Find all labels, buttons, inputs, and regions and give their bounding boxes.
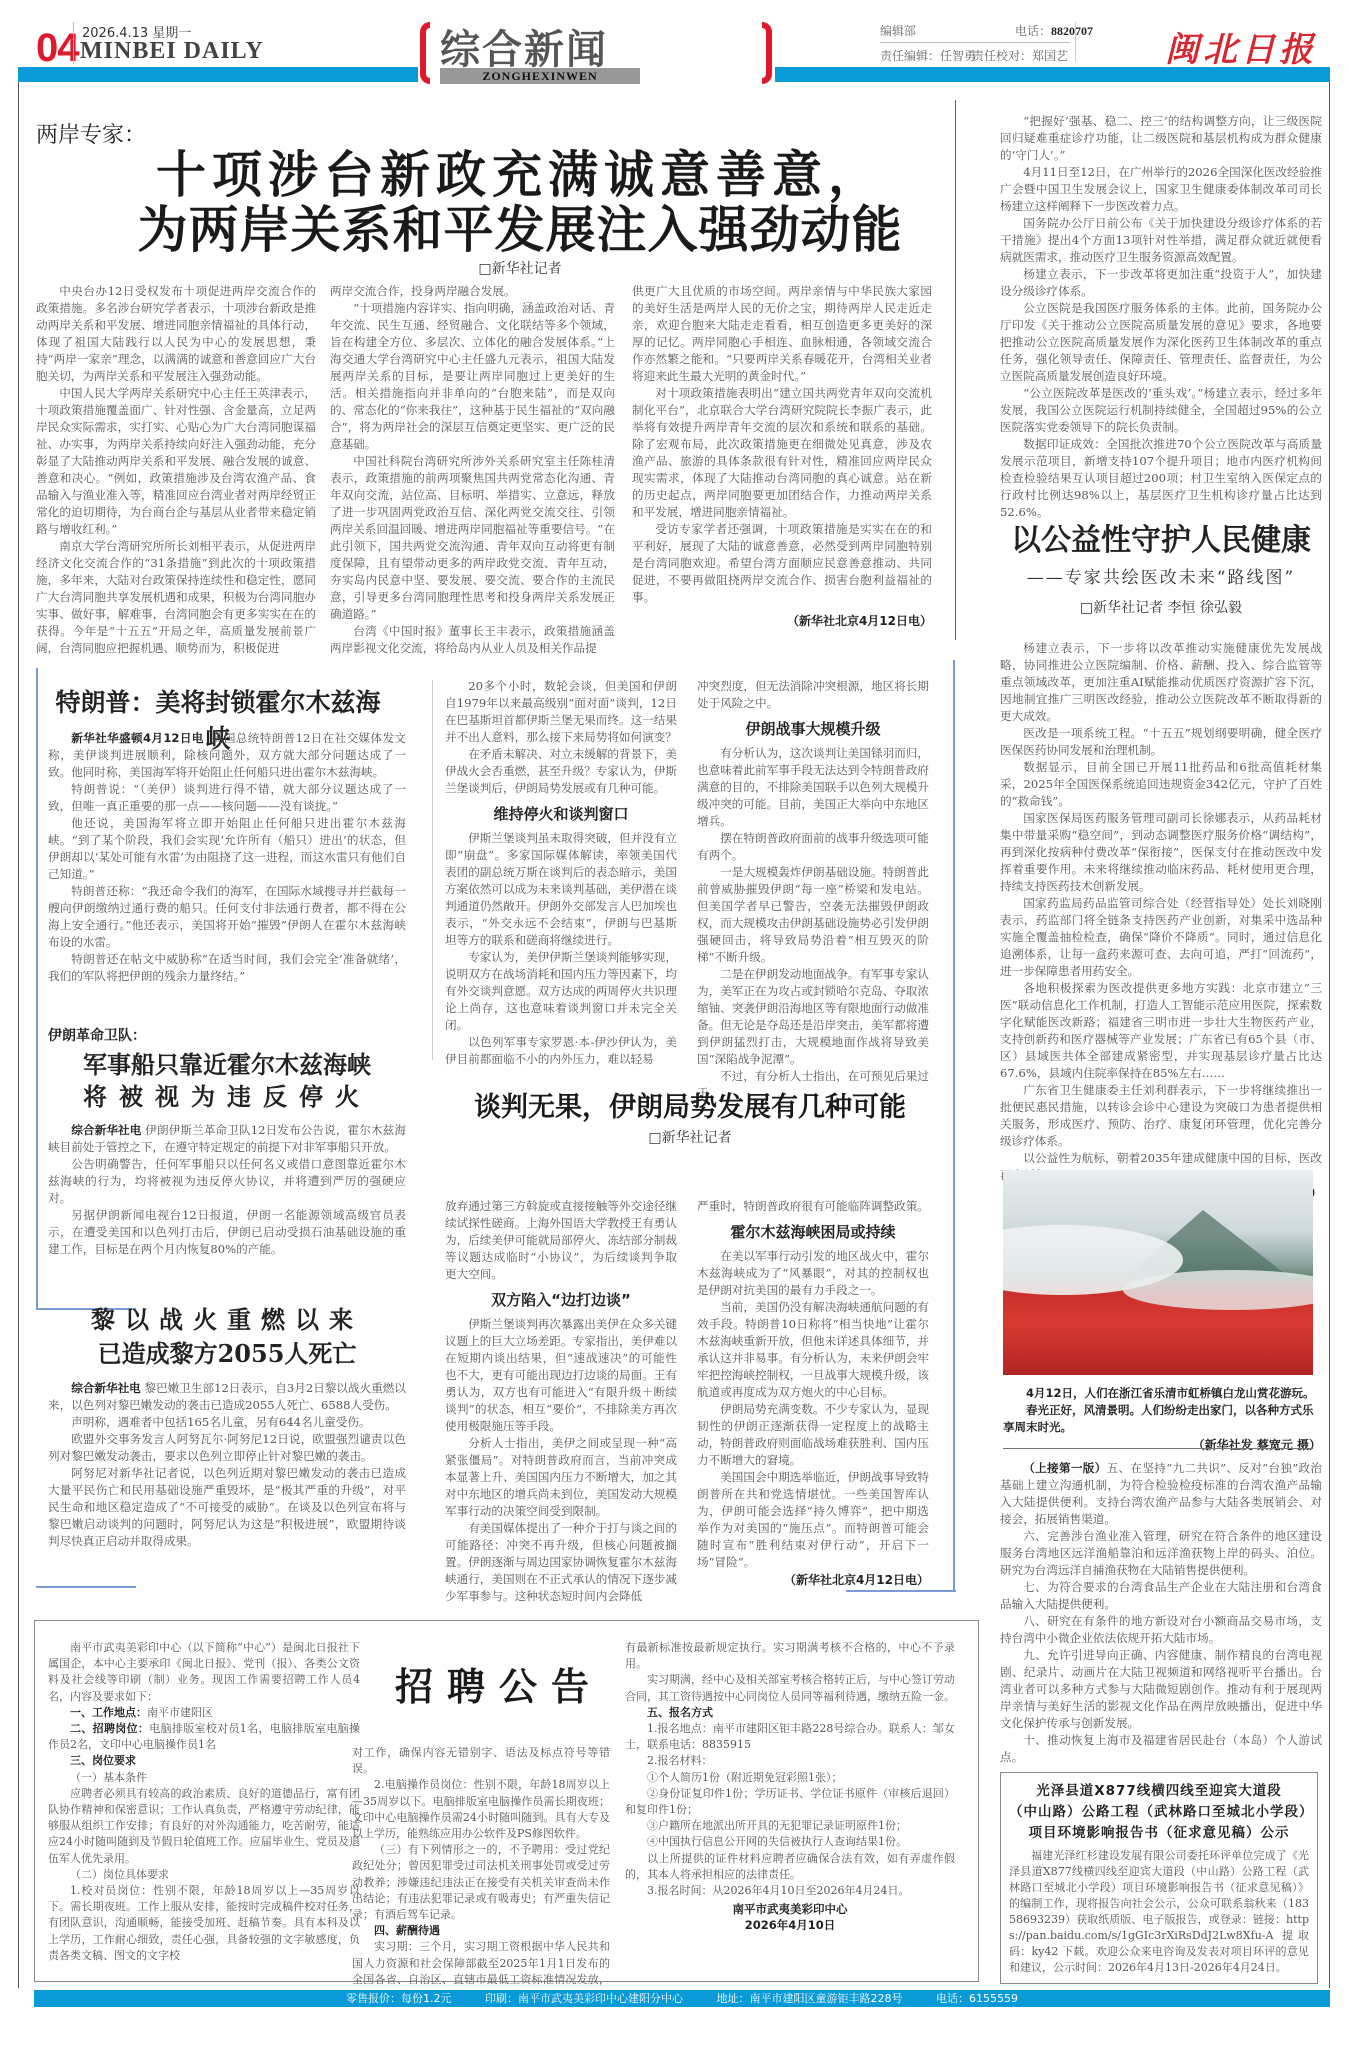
paragraph: 十、推动恢复上海市及福建省居民赴台（本岛）个人游试点。	[1000, 1732, 1322, 1766]
paragraph: 1.校对员岗位：性别不限，年龄18周岁以上—35周岁以下。需长期夜班。工作上服从…	[48, 1883, 360, 1964]
recruit-column-1: 南平市武夷美彩印中心（以下简称“中心”）是闽北日报社下属国企，本中心主要承印《闽…	[48, 1640, 360, 1964]
paragraph: 2.电脑操作员岗位：性别不限，年龄18周岁以上—35周岁以下。电脑排版室电脑操作…	[352, 1777, 610, 1842]
paragraph: 五、报名方式	[625, 1705, 955, 1721]
section-label: 二、招聘岗位：	[70, 1722, 149, 1735]
paragraph: 他还说，美国海军将立即开始阻止任何船只进出霍尔木兹海峡。“到了某个阶段，我们会实…	[48, 815, 406, 883]
paragraph: 欧盟外交事务发言人阿努瓦尔·阿努尼12日说，欧盟强烈谴责以色列对黎巴嫩发动袭击，…	[48, 1431, 406, 1465]
paragraph: 一、工作地点：南平市建阳区	[48, 1705, 360, 1721]
paragraph: 中国人民大学两岸关系研究中心主任王英津表示，十项政策措施覆盖面广、针对性强、含金…	[36, 385, 316, 538]
caption-line: 4月12日，人们在浙江省乐清市虹桥镇白龙山赏花游玩。	[1003, 1385, 1321, 1402]
paragraph: 二、招聘岗位：电脑排版室校对员1名，电脑排版室电脑操作员2名，文印中心电脑操作员…	[48, 1721, 360, 1753]
talks-upper-column-1: 20多个小时，数轮会谈，但美国和伊朗自1979年以来最高级别“面对面”谈判，12…	[445, 678, 677, 1068]
flower-photo	[1003, 1170, 1313, 1375]
health-title: 以公益性守护人民健康	[1000, 515, 1322, 559]
lebanon-article: 综合新华社电 黎巴嫩卫生部12日表示，自3月2日黎以战火重燃以来，以色列对黎巴嫩…	[48, 1380, 406, 1550]
paragraph: ②身份证复印件1份；学历证书、学位证书原件（审核后退回）和复印件1份；	[625, 1786, 955, 1818]
header-bar-left	[18, 67, 418, 82]
lead-title-line2: 为两岸关系和平发展注入强劲动能	[90, 190, 950, 262]
paragraph: 对十项政策措施表明出“建立国共两党青年双向交流机制化平台”，北京联合大学台湾研究…	[632, 385, 932, 521]
paragraph: 受访专家学者还强调，十项政策措施是实实在在的和平利好，展现了大陆的诚意善意，必然…	[632, 521, 932, 606]
box-border-bottom-right	[846, 1590, 956, 1592]
paragraph: 以上所提供的证件材料应聘者应确保合法有效，如有弄虚作假的，其本人将承担相应的法律…	[625, 1851, 955, 1883]
lead-column-3: 供更广大且优质的市场空间。两岸亲情与中华民族大家园的美好生活是两岸人民的无价之宝…	[632, 283, 932, 629]
proofreader: 责任校对：郑国艺	[972, 47, 1068, 64]
paragraph: 阿努尼对新华社记者说，以色列近期对黎巴嫩发动的袭击已造成大量平民伤亡和民用基础设…	[48, 1465, 406, 1550]
dateline: 综合新华社电	[71, 1123, 141, 1137]
subheading: 维持停火和谈判窗口	[445, 803, 677, 824]
lead-credit: （新华社北京4月12日电）	[632, 612, 932, 629]
lebanon-title-line2: 已造成黎方2055人死亡	[48, 1334, 406, 1369]
paragraph: 对工作，确保内容无错别字、语法及标点符号等错误。	[352, 1745, 610, 1777]
section-label: 五、报名方式	[647, 1706, 713, 1719]
paragraph: 1.报名地点：南平市建阳区钜丰路228号综合办。联系人：邹女士，联系电话：883…	[625, 1721, 955, 1753]
divider	[1003, 1448, 1313, 1449]
paragraph: ③户籍所在地派出所开具的无犯罪记录证明原件1份；	[625, 1818, 955, 1834]
paragraph: 台湾《中国时报》董事长王丰表示，政策措施涵盖两岸影视文化交流，将给岛内从业人员及…	[330, 623, 615, 657]
phone-label-text: 电话：	[1015, 24, 1051, 38]
recruit-date: 2026年4月10日	[625, 1917, 955, 1933]
para-text: 南平市建阳区	[147, 1706, 213, 1719]
paragraph: 各地积极探索为医改提供更多地方实践：北京市建立“三医”联动信息化工作机制，打造人…	[1000, 980, 1322, 1082]
paragraph: ①个人简历1份（附近期免冠彩照1张）；	[625, 1770, 955, 1786]
irgc-title-line1: 军事船只靠近霍尔木兹海峡	[48, 1045, 406, 1080]
section-label: 三、岗位要求	[70, 1754, 136, 1767]
talks-title: 谈判无果，伊朗局势发展有几种可能	[440, 1085, 940, 1124]
paragraph: 国家药监局药品监管司综合处（经营指导处）处长刘晓刚表示，药监部门将全链条支持医药…	[1000, 895, 1322, 980]
box-border-left	[36, 668, 38, 1308]
talks-byline: □新华社记者	[440, 1127, 940, 1147]
paragraph: 国务院办公厅日前公布《关于加快建设分级诊疗体系的若干措施》提出4个方面13项针对…	[1000, 215, 1322, 266]
paragraph: 综合新华社电 黎巴嫩卫生部12日表示，自3月2日黎以战火重燃以来，以色列对黎巴嫩…	[48, 1380, 406, 1414]
health-column-top: “把握好‘强基、稳二、控三’的结构调整方向，让三级医院回归疑难重症诊疗功能，让二…	[1000, 113, 1322, 521]
paragraph: 摆在特朗普政府面前的战事升级选项可能有两个。	[697, 830, 929, 864]
subheading: 伊朗战事大规模升级	[697, 718, 929, 739]
paragraph: 有最新标准按最新规定执行。实习期满考核不合格的，中心不予录用。	[625, 1640, 955, 1672]
paragraph: 特朗普说：“（美伊）谈判进行得不错，就大部分议题达成了一致，但唯一真正重要的那一…	[48, 781, 406, 815]
phone-number: 8820707	[1051, 24, 1093, 38]
paragraph: 伊斯兰堡谈判再次暴露出美伊在众多关键议题上的巨大立场差距。专家指出，美伊难以在短…	[445, 1316, 677, 1435]
paragraph: 专家认为，美伊伊斯兰堡谈判能够实现，说明双方在战场消耗和国内压力等因素下，均有外…	[445, 949, 677, 1034]
paragraph: 新华社华盛顿4月12日电 美国总统特朗普12日在社交媒体发文称，美伊谈判进展顺利…	[48, 730, 406, 781]
trump-article: 新华社华盛顿4月12日电 美国总统特朗普12日在社交媒体发文称，美伊谈判进展顺利…	[48, 730, 406, 985]
dateline: 综合新华社电	[71, 1381, 141, 1395]
box-border-right	[953, 1038, 955, 1592]
irgc-article: 综合新华社电 伊朗伊斯兰革命卫队12日发布公告说，霍尔木兹海峡目前处于管控之下，…	[48, 1122, 406, 1258]
paragraph: 二是在伊朗发动地面战争。有军事专家认为，美军正在为攻占或封锁哈尔克岛、夺取浓缩铀…	[697, 966, 929, 1068]
section-label: 四、薪酬待遇	[374, 1924, 440, 1937]
recruitment-title: 招聘公告	[395, 1656, 603, 1711]
notice-title-line: （中山路）公路工程（武林路口至城北小学段）	[1009, 1802, 1309, 1823]
divider	[73, 22, 74, 64]
recruit-column-3: 有最新标准按最新规定执行。实习期满考核不合格的，中心不予录用。 实习期满，经中心…	[625, 1640, 955, 1933]
paragraph: （上接第一版）五、在坚持“九二共识”、反对“台独”政治基础上建立沟通机制，为符合…	[1000, 1460, 1322, 1528]
notice-title-line: 光泽县道X877线横四线至迎宾大道段	[1009, 1781, 1309, 1802]
paragraph: 分析人士指出，美伊之间或呈现一种“高紧张僵局”。对特朗普政府而言，当前冲突成本显…	[445, 1435, 677, 1520]
column-divider	[955, 100, 956, 640]
recruit-signature: 南平市武夷美彩印中心	[625, 1901, 955, 1917]
paragraph: 三、岗位要求	[48, 1753, 360, 1769]
paragraph: 4月11日至12日，在广州举行的2026全国深化医改经验推广会暨中国卫生发展会议…	[1000, 164, 1322, 215]
paragraph: 有分析认为，这次谈判让美国铩羽而归，也意味着此前军事手段无法达到令特朗普政府满意…	[697, 745, 929, 830]
paragraph: 南京大学台湾研究所所长刘相平表示，从促进两岸经济文化交流合作的“31条措施”到此…	[36, 538, 316, 657]
box-border-bottom-left	[36, 1586, 136, 1588]
paragraph: 四、薪酬待遇	[352, 1923, 610, 1939]
notice-title-line: 项目环境影响报告书（征求意见稿）公示	[1009, 1823, 1309, 1844]
caption-line: 春光正好，风清景明。人们纷纷走出家门，以各种方式乐享周末时光。	[1003, 1402, 1321, 1436]
paragraph: 严重时，特朗普政府很有可能临阵调整政策。	[697, 1198, 929, 1215]
paragraph: 声明称，遇难者中包括165名儿童，另有644名儿童受伤。	[48, 1414, 406, 1431]
newspaper-logo: 闽北日报	[1165, 22, 1317, 71]
paragraph: 七、为符合要求的台湾食品生产企业在大陆注册和台湾食品输入大陆提供便利。	[1000, 1579, 1322, 1613]
paragraph: 九、允许引进导向正确、内容健康、制作精良的台湾电视剧、纪录片、动画片在大陆卫视频…	[1000, 1647, 1322, 1732]
paragraph: 冲突烈度，但无法消除冲突根源，地区将长期处于风险之中。	[697, 678, 929, 712]
lead-column-1: 中央台办12日受权发布十项促进两岸交流合作的政策措施。多名涉台研究学者表示，十项…	[36, 283, 316, 657]
lebanon-title-line1: 黎以战火重燃以来	[48, 1300, 406, 1335]
paragraph: 另据伊朗新闻电视台12日报道，伊朗一名能源领域高级官员表示，在遭受美国和以色列打…	[48, 1207, 406, 1258]
health-column-bottom: 杨建立表示，下一步将以改革推动实施健康优先发展战略，协同推进公立医院编制、价格、…	[1000, 640, 1322, 1201]
irgc-kicker: 伊朗革命卫队：	[48, 1025, 146, 1045]
footer-phone: 电话：6155559	[936, 1992, 1018, 2005]
divider	[1075, 22, 1076, 62]
paragraph: 中国社科院台湾研究所涉外关系研究室主任陈桂清表示，政策措施的前两项聚焦国共两党常…	[330, 453, 615, 623]
paragraph: 综合新华社电 伊朗伊斯兰革命卫队12日发布公告说，霍尔木兹海峡目前处于管控之下，…	[48, 1122, 406, 1156]
paragraph: ④中国执行信息公开网的失信被执行人查询结果1份。	[625, 1834, 955, 1850]
paragraph: 有美国媒体提出了一种介于打与谈之间的可能路径：冲突不再升级，但核心问题被搁置。伊…	[445, 1520, 677, 1605]
paragraph: 特朗普还称：“我还命令我们的海军，在国际水域搜寻并拦截每一艘向伊朗缴纳过通行费的…	[48, 883, 406, 951]
dept-label: 编辑部	[880, 22, 916, 39]
paragraph: 八、研究在有条件的地方新设对台小额商品交易市场，支持台湾中小微企业依法依规开拓大…	[1000, 1613, 1322, 1647]
paragraph: 3.报名时间：从2026年4月10日至2026年4月24日。	[625, 1883, 955, 1899]
notice-body: 福建光泽红杉建设发展有限公司委托环评单位完成了《光泽县道X877线横四线至迎宾大…	[1009, 1848, 1309, 1976]
paragraph: 一是大规模轰炸伊朗基础设施。特朗普此前曾威胁摧毁伊朗“每一座”桥梁和发电站。但美…	[697, 864, 929, 966]
bracket-left-icon	[420, 22, 430, 84]
paragraph: 伊斯兰堡谈判虽未取得突破，但并没有立即“崩盘”。多家国际媒体解读，率领美国代表团…	[445, 830, 677, 949]
lead-byline: □新华社记者	[90, 258, 950, 278]
paragraph: “公立医院改革是医改的‘重头戏’。”杨建立表示，经过多年发展，我国公立医院运行机…	[1000, 385, 1322, 436]
paragraph: 医改是一项系统工程。“十五五”规划纲要明确，健全医疗医保医药协同发展和治理机制。	[1000, 725, 1322, 759]
box-border-right	[953, 660, 955, 1038]
lead-column-2: 两岸交流合作，投身两岸融合发展。 “十项措施内容详实、指向明确，涵盖政治对话、青…	[330, 283, 615, 657]
paragraph: 2.报名材料：	[625, 1753, 955, 1769]
paragraph: 20多个小时，数轮会谈，但美国和伊朗自1979年以来最高级别“面对面”谈判，12…	[445, 678, 677, 746]
address-info: 地址：南平市建阳区童游钜丰路228号	[717, 1992, 903, 2005]
environmental-notice: 光泽县道X877线横四线至迎宾大道段 （中山路）公路工程（武林路口至城北小学段）…	[1000, 1772, 1318, 1984]
paragraph: 六、完善涉台渔业准入管理，研究在符合条件的地区建设服务台湾地区远洋渔船靠泊和远洋…	[1000, 1528, 1322, 1579]
section-title: 综合新闻	[440, 18, 608, 75]
paragraph: 伊朗局势充满变数。不少专家认为，显现韧性的伊朗正逐渐获得一定程度上的战略主动，特…	[697, 1401, 929, 1469]
paragraph: 国家医保局医药服务管理司副司长徐娜表示，从药品耗材集中带量采购“稳空间”，到动态…	[1000, 810, 1322, 895]
irgc-title-line2: 将被视为违反停火	[48, 1077, 406, 1112]
editor-in-charge: 责任编辑：任智勇	[880, 47, 976, 64]
subheading: 霍尔木兹海峡困局或持续	[697, 1221, 929, 1242]
talks-lower-column-2: 严重时，特朗普政府很有可能临阵调整政策。 霍尔木兹海峡困局或持续 在美以军事行动…	[697, 1198, 929, 1588]
retail-price: 零售报价：每份1.2元	[346, 1992, 452, 2005]
health-subtitle: ——专家共绘医改未来“路线图”	[1000, 563, 1322, 588]
paragraph: 广东省卫生健康委主任刘利群表示，下一步将继续推出一批便民惠民措施，以转诊会诊中心…	[1000, 1082, 1322, 1150]
paragraph: “把握好‘强基、稳二、控三’的结构调整方向，让三级医院回归疑难重症诊疗功能，让二…	[1000, 113, 1322, 164]
paragraph: 杨建立表示，下一步改革将更加注重“投资于人”，加快建设分级诊疗体系。	[1000, 266, 1322, 300]
column-divider	[432, 680, 433, 1060]
photo-credit: （新华社发 蔡宽元 摄）	[1003, 1436, 1321, 1453]
paragraph: 应聘者必须具有较高的政治素质、良好的道德品行，富有团队协作精神和保密意识；工作认…	[48, 1786, 360, 1867]
paragraph: 以色列军事专家罗恩·本-伊沙伊认为，美伊目前都面临不小的内外压力，难以轻易	[445, 1034, 677, 1068]
bracket-right-icon	[762, 22, 772, 84]
paragraph: 南平市武夷美彩印中心（以下简称“中心”）是闽北日报社下属国企，本中心主要承印《闽…	[48, 1640, 360, 1705]
continued-article: （上接第一版）五、在坚持“九二共识”、反对“台独”政治基础上建立沟通机制，为符合…	[1000, 1460, 1322, 1766]
paragraph: 公立医院是我国医疗服务体系的主体。此前，国务院办公厅印发《关于推动公立医院高质量…	[1000, 300, 1322, 385]
paragraph: 在矛盾未解决、对立未缓解的背景下，美伊战火会否重燃，甚至升级？专家认为，伊斯兰堡…	[445, 746, 677, 797]
paragraph: 在美以军事行动引发的地区战火中，霍尔木兹海峡成为了“风暴眼”，对其的控制权也是伊…	[697, 1248, 929, 1299]
paragraph: 美国国会中期选举临近，伊朗战事导致特朗普所在共和党选情堪忧。一些美国智库认为，伊…	[697, 1469, 929, 1571]
continued-label: （上接第一版）	[1023, 1461, 1106, 1475]
subheading: 双方陷入“边打边谈”	[445, 1289, 677, 1310]
paragraph: 特朗普还在帖文中威胁称“在适当时间，我们会完全‘准备就绪’，我们的军队将把伊朗的…	[48, 951, 406, 985]
talks-credit: （新华社北京4月12日电）	[697, 1571, 929, 1588]
paragraph: “十项措施内容详实、指向明确，涵盖政治对话、青年交流、民生互通、经贸融合、文化联…	[330, 300, 615, 453]
recruit-column-2: 对工作，确保内容无错别字、语法及标点符号等错误。 2.电脑操作员岗位：性别不限，…	[352, 1745, 610, 2004]
phone-label: 电话：8820707	[1015, 22, 1093, 39]
paper-name-en: MINBEI DAILY	[80, 38, 264, 65]
paragraph: 当前，美国仍没有解决海峡通航问题的有效手段。特朗普10日称将“相当快地”让霍尔木…	[697, 1299, 929, 1401]
paragraph: 供更广大且优质的市场空间。两岸亲情与中华民族大家园的美好生活是两岸人民的无价之宝…	[632, 283, 932, 385]
printer-info: 印刷：南平市武夷美彩印中心建阳分中心	[485, 1992, 683, 2005]
dateline: 新华社华盛顿4月12日电	[71, 731, 204, 745]
paragraph: 放弃通过第三方斡旋或直接接触等外交途径继续试探性磋商。上海外国语大学教授王有勇认…	[445, 1198, 677, 1283]
divider	[880, 42, 1070, 43]
footer-bar: 零售报价：每份1.2元 印刷：南平市武夷美彩印中心建阳分中心 地址：南平市建阳区…	[34, 1990, 1330, 2007]
paragraph: 中央台办12日受权发布十项促进两岸交流合作的政策措施。多名涉台研究学者表示，十项…	[36, 283, 316, 385]
paragraph: （三）有下列情形之一的，不予聘用：受过党纪政纪处分；曾因犯罪受过司法机关刑事处罚…	[352, 1842, 610, 1923]
health-byline: □新华社记者 李恒 徐弘毅	[1000, 597, 1322, 617]
paragraph: 数据显示，目前全国已开展11批药品和6批高值耗材集采，2025年全国医保系统追回…	[1000, 759, 1322, 810]
paragraph: （二）岗位具体要求	[48, 1867, 360, 1883]
photo-caption: 4月12日，人们在浙江省乐清市虹桥镇白龙山赏花游玩。 春光正好，风清景明。人们纷…	[1003, 1385, 1321, 1453]
talks-upper-column-2: 冲突烈度，但无法消除冲突根源，地区将长期处于风险之中。 伊朗战事大规模升级 有分…	[697, 678, 929, 1102]
section-label: 一、工作地点：	[70, 1706, 147, 1719]
paragraph: 数据印证成效：全国批次推进70个公立医院改革与高质量发展示范项目，新增支持107…	[1000, 436, 1322, 521]
paragraph: 实习期满，经中心及相关部室考核合格转正后，与中心签订劳动合同，其工资待遇按中心同…	[625, 1672, 955, 1704]
talks-lower-column-1: 放弃通过第三方斡旋或直接接触等外交途径继续试探性磋商。上海外国语大学教授王有勇认…	[445, 1198, 677, 1605]
paragraph: 公告明确警告，任何军事船只以任何名义或借口意图靠近霍尔木兹海峡的行为，均将被视为…	[48, 1156, 406, 1207]
mountain-icon	[1003, 1170, 1313, 1375]
paragraph: （一）基本条件	[48, 1770, 360, 1786]
paragraph: 两岸交流合作，投身两岸融合发展。	[330, 283, 615, 300]
paragraph: 杨建立表示，下一步将以改革推动实施健康优先发展战略，协同推进公立医院编制、价格、…	[1000, 640, 1322, 725]
notice-title: 光泽县道X877线横四线至迎宾大道段 （中山路）公路工程（武林路口至城北小学段）…	[1009, 1781, 1309, 1844]
